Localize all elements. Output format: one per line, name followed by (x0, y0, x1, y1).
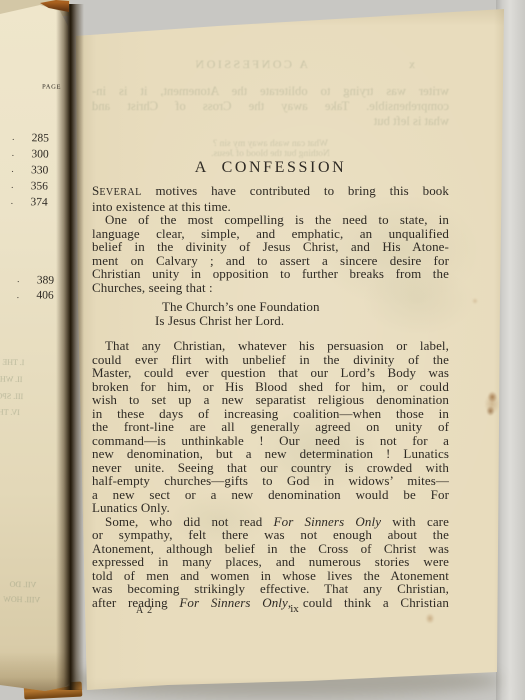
body-line: the front-line are all generally agreed … (92, 420, 449, 434)
foxing-stain (470, 296, 480, 306)
body-line: or sympathy, felt there was not enough a… (92, 528, 449, 542)
showthrough-hymn-line: Nothing but the blood of Jesus. (92, 150, 449, 160)
foxing-stain (422, 610, 438, 627)
body-line: ment on Calvary ; and to assert a sincer… (92, 254, 449, 268)
body-line: belief in the divinity of Jesus Christ, … (92, 240, 449, 254)
toc-number-column: .285.300.330.356.374 (4, 130, 50, 210)
body-line: The Church’s one Foundation (92, 300, 449, 314)
showthrough-hymn-line-text: Nothing but the blood of Jesus. (211, 149, 330, 159)
body-line: That any Christian, whatever his persuas… (92, 339, 449, 353)
toc-page-number: .406 (10, 287, 54, 303)
page-footer: A 2 ix (92, 605, 449, 619)
body-line: wish to set up a new separatist religiou… (92, 393, 449, 407)
body-line-text: Churches, seeing that : (92, 280, 213, 295)
toc-leader-dot: . (12, 148, 15, 159)
body-line: broken for him, or His Blood shed for hi… (92, 380, 449, 394)
toc-number-column: .389.406 (10, 272, 55, 304)
body-line: could ever flirt with unbelief in the di… (92, 353, 449, 367)
body-line-text: Is Jesus Christ her Lord. (155, 313, 284, 328)
toc-page-number-text: 356 (31, 180, 48, 192)
toc-leader-dot: . (17, 290, 20, 301)
toc-page-number: .374 (4, 193, 48, 210)
toc-leader-dot: . (11, 180, 14, 191)
toc-page-number-text: 374 (30, 196, 47, 208)
toc-page-number: .330 (4, 161, 48, 178)
showthrough-running-head: x A CONFESSION (92, 57, 449, 72)
toc-page-number: .300 (4, 146, 48, 163)
showthrough-toc-entry: VII. DO (10, 580, 37, 590)
showthrough-hymn-line-text: What can wash away my sin ? (213, 139, 328, 149)
showthrough-toc-entry: VIII. HOW (3, 595, 40, 605)
body-line: a new sect or a new denomination would b… (92, 488, 449, 502)
toc-page-number: .356 (4, 177, 48, 194)
showthrough-line-text: writer was trying to obliterate the Aton… (92, 84, 449, 98)
showthrough-text-block: writer was trying to obliterate the Aton… (92, 84, 449, 129)
toc-page-number-text: 285 (32, 132, 49, 144)
showthrough-line: writer was trying to obliterate the Aton… (92, 84, 449, 99)
showthrough-folio: x (409, 57, 415, 72)
body-line: Some, who did not read For Sinners Only … (92, 515, 449, 529)
body-line: in these days of increasing coalition—wh… (92, 407, 449, 421)
body-text-block: Several motives have contributed to brin… (92, 184, 449, 609)
body-line: Christian unity in opposition to further… (92, 267, 449, 281)
body-line: One of the most compelling is the need t… (92, 213, 449, 227)
chapter-heading: A CONFESSION (92, 159, 449, 177)
toc-leader-dot: . (11, 164, 14, 175)
showthrough-line: comprehensible. Take away the Cross of C… (92, 99, 449, 114)
body-line: told of men and women in whose lives the… (92, 569, 449, 583)
body-line: Is Jesus Christ her Lord. (92, 314, 449, 328)
toc-page-number-text: 330 (31, 164, 48, 176)
body-line: Several motives have contributed to brin… (92, 184, 449, 200)
toc-page-number-text: 300 (31, 148, 48, 160)
body-line: language clear, simple, and emphatic, an… (92, 227, 449, 241)
body-line: Atonement, although belief in the Cross … (92, 542, 449, 556)
book-gutter-shadow (56, 4, 84, 690)
body-line-text: Several motives have contributed to brin… (92, 183, 449, 198)
body-line: Churches, seeing that : (92, 281, 449, 295)
body-line: never unite. Seeing that our country is … (92, 461, 449, 475)
body-line: half-empty churches—gifts to God in wido… (92, 474, 449, 488)
showthrough-toc-entry: II. WH (0, 375, 23, 384)
toc-page-number: .285 (5, 130, 49, 147)
showthrough-toc-entry: I. THE (2, 358, 24, 367)
showthrough-hymn: What can wash away my sin ?Nothing but t… (92, 140, 449, 159)
showthrough-line-text: comprehensible. Take away the Cross of C… (92, 99, 449, 113)
showthrough-toc-entry: IV. THI (0, 408, 20, 418)
body-line: Master, could ever question that our Lor… (92, 366, 449, 380)
toc-page-number-text: 406 (36, 290, 53, 302)
showthrough-line: what is left but (92, 114, 449, 129)
body-line: command—is unthinkable ! Our need is not… (92, 434, 449, 448)
toc-leader-dot: . (11, 196, 14, 207)
foxing-stain (478, 388, 502, 420)
book-photo: PAGE .285.300.330.356.374 .389.406 S I. … (0, 0, 525, 700)
toc-leader-dot: . (12, 132, 15, 143)
toc-leader-dot: . (17, 274, 20, 285)
body-line: expressed in many places, and numerous s… (92, 555, 449, 569)
body-line: Lunatics Only. (92, 501, 449, 515)
toc-page-number: .389 (10, 272, 54, 288)
folio-number: ix (92, 603, 473, 615)
body-line: new denomination, but a new determinatio… (92, 447, 449, 461)
showthrough-chapter-title: A CONFESSION (92, 57, 409, 72)
body-line: was becoming strikingly effective. That … (92, 582, 449, 596)
toc-page-number-text: 389 (37, 274, 54, 286)
showthrough-toc-entry: III. SPO (0, 392, 23, 402)
right-page: x A CONFESSION writer was trying to obli… (68, 0, 508, 696)
body-line: into existence at this time. (92, 200, 449, 214)
showthrough-line-text: what is left but (374, 114, 449, 128)
